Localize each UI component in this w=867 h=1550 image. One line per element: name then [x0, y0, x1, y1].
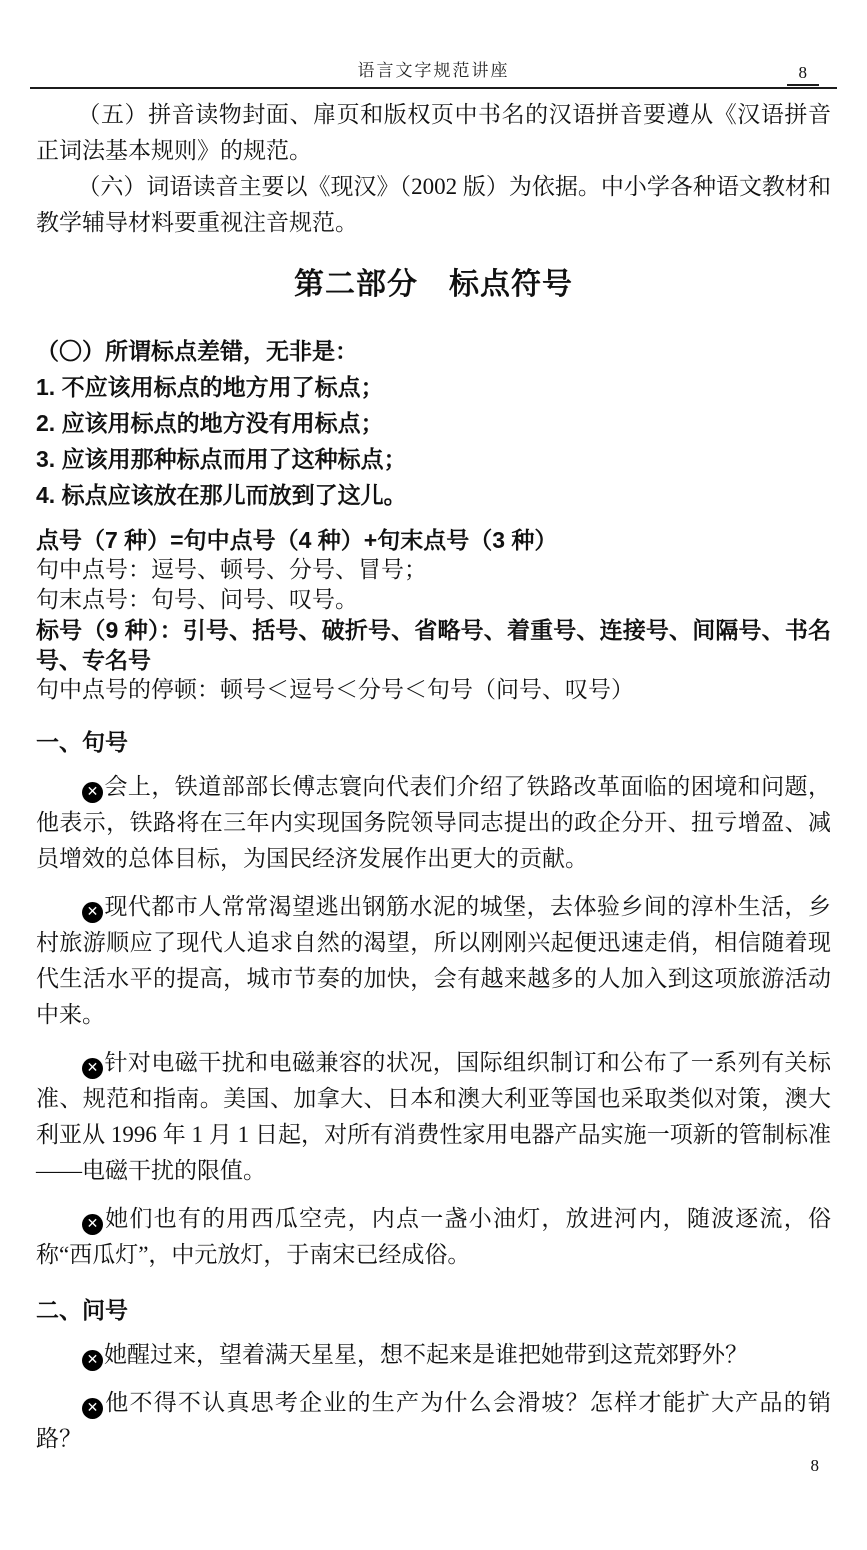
part-title: 第二部分 标点符号 — [36, 263, 831, 307]
example-paragraph: ✕他不得不认真思考企业的生产为什么会滑坡？怎样才能扩大产品的销路？ — [36, 1385, 831, 1457]
symbol-marks-list: 标号（9 种）：引号、括号、破折号、省略号、着重号、连接号、间隔号、书名号、专名… — [36, 615, 831, 675]
error-cross-icon: ✕ — [82, 902, 103, 923]
footer-page-number: 8 — [811, 1456, 820, 1476]
mid-sentence-marks: 句中点号：逗号、顿号、分号、冒号； — [36, 555, 831, 585]
error-type-item: 1. 不应该用标点的地方用了标点； — [36, 369, 831, 405]
example-text: 她醒过来，望着满天星星，想不起来是谁把她带到这荒郊野外？ — [104, 1342, 748, 1367]
intro-paragraph: （六）词语读音主要以《现汉》（2002 版）为依据。中小学各种语文教材和教学辅导… — [36, 169, 831, 241]
example-paragraph: ✕针对电磁干扰和电磁兼容的状况，国际组织制订和公布了一系列有关标准、规范和指南。… — [36, 1045, 831, 1189]
example-text: 现代都市人常常渴望逃出钢筋水泥的城堡，去体验乡间的淳朴生活，乡村旅游顺应了现代人… — [36, 894, 831, 1027]
example-paragraph: ✕她们也有的用西瓜空壳，内点一盏小油灯，放进河内，随波逐流，俗称“西瓜灯”，中元… — [36, 1201, 831, 1273]
end-sentence-marks: 句末点号：句号、问号、叹号。 — [36, 585, 831, 615]
section-heading: 一、句号 — [36, 727, 831, 757]
error-types-block: （〇）所谓标点差错，无非是： 1. 不应该用标点的地方用了标点； 2. 应该用标… — [36, 333, 831, 513]
running-header-title: 语言文字规范讲座 — [358, 61, 510, 80]
intro-paragraph: （五）拼音读物封面、扉页和版权页中书名的汉语拼音要遵从《汉语拼音正词法基本规则》… — [36, 97, 831, 169]
punctuation-overview-block: 点号（7 种）=句中点号（4 种）+句末点号（3 种） 句中点号：逗号、顿号、分… — [36, 525, 831, 705]
example-text: 会上，铁道部部长傅志寰向代表们介绍了铁路改革面临的困境和问题，他表示，铁路将在三… — [36, 774, 831, 871]
example-paragraph: ✕她醒过来，望着满天星星，想不起来是谁把她带到这荒郊野外？ — [36, 1337, 831, 1373]
example-paragraph: ✕现代都市人常常渴望逃出钢筋水泥的城堡，去体验乡间的淳朴生活，乡村旅游顺应了现代… — [36, 889, 831, 1033]
error-cross-icon: ✕ — [82, 1350, 103, 1371]
example-paragraph: ✕会上，铁道部部长傅志寰向代表们介绍了铁路改革面临的困境和问题，他表示，铁路将在… — [36, 769, 831, 877]
error-type-item: 2. 应该用标点的地方没有用标点； — [36, 405, 831, 441]
page-content: （五）拼音读物封面、扉页和版权页中书名的汉语拼音要遵从《汉语拼音正词法基本规则》… — [0, 97, 867, 1457]
pause-hierarchy: 句中点号的停顿：顿号＜逗号＜分号＜句号（问号、叹号） — [36, 675, 831, 705]
error-cross-icon: ✕ — [82, 782, 103, 803]
error-types-heading: （〇）所谓标点差错，无非是： — [36, 333, 831, 369]
error-cross-icon: ✕ — [82, 1058, 103, 1079]
error-type-item: 4. 标点应该放在那儿而放到了这儿。 — [36, 477, 831, 513]
error-cross-icon: ✕ — [82, 1398, 103, 1419]
dot-marks-formula: 点号（7 种）=句中点号（4 种）+句末点号（3 种） — [36, 525, 831, 555]
error-cross-icon: ✕ — [82, 1214, 103, 1235]
example-text: 她们也有的用西瓜空壳，内点一盏小油灯，放进河内，随波逐流，俗称“西瓜灯”，中元放… — [36, 1206, 831, 1267]
example-text: 针对电磁干扰和电磁兼容的状况，国际组织制订和公布了一系列有关标准、规范和指南。美… — [36, 1050, 831, 1183]
section-question-mark: 二、问号 ✕她醒过来，望着满天星星，想不起来是谁把她带到这荒郊野外？ ✕他不得不… — [36, 1295, 831, 1457]
header-page-number: 8 — [787, 63, 820, 86]
document-page: 语言文字规范讲座 8 （五）拼音读物封面、扉页和版权页中书名的汉语拼音要遵从《汉… — [0, 0, 867, 1550]
section-full-stop: 一、句号 ✕会上，铁道部部长傅志寰向代表们介绍了铁路改革面临的困境和问题，他表示… — [36, 727, 831, 1273]
section-heading: 二、问号 — [36, 1295, 831, 1325]
error-type-item: 3. 应该用那种标点而用了这种标点； — [36, 441, 831, 477]
intro-block: （五）拼音读物封面、扉页和版权页中书名的汉语拼音要遵从《汉语拼音正词法基本规则》… — [36, 97, 831, 241]
running-header: 语言文字规范讲座 8 — [30, 0, 837, 89]
example-text: 他不得不认真思考企业的生产为什么会滑坡？怎样才能扩大产品的销路？ — [36, 1390, 831, 1451]
